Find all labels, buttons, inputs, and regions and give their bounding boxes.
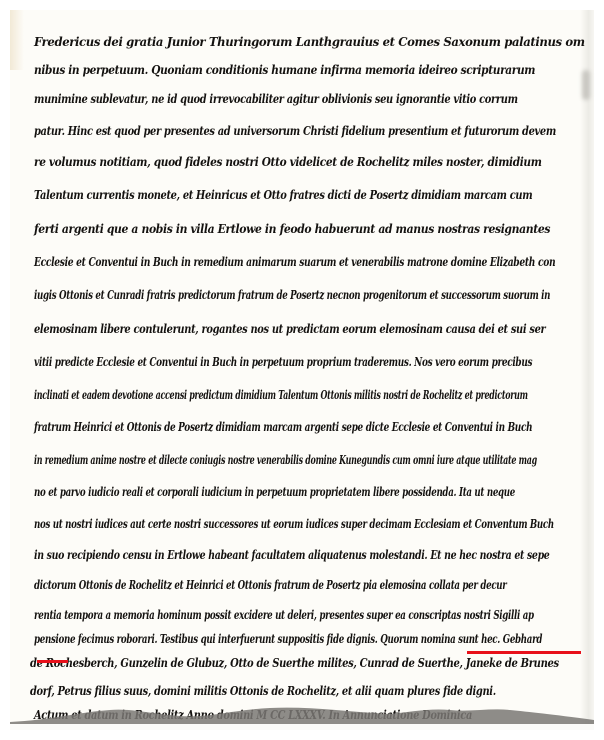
charter-line-10: elemosinam libere contulerunt, rogantes …	[34, 322, 545, 336]
paper-bottom-edge	[10, 700, 594, 730]
charter-line-21: de Rochesberch, Gunzelin de Glubuz, Otto…	[30, 656, 559, 670]
charter-line-19: rentia tempora a memoria hominum possit …	[34, 608, 534, 622]
red-underline-dorf	[37, 660, 68, 663]
charter-line-6: Talentum currentis monete, et Heinricus …	[34, 188, 532, 202]
charter-line-4: patur. Hinc est quod per presentes ad un…	[34, 124, 556, 138]
charter-line-2: nibus in perpetuum. Quoniam conditionis …	[34, 63, 535, 77]
charter-line-18: dictorum Ottonis de Rochelitz et Heinric…	[34, 578, 507, 592]
charter-line-7: ferti argenti que a nobis in villa Ertlo…	[34, 222, 550, 236]
paper-smudge	[582, 70, 590, 100]
charter-line-9: iugis Ottonis et Cunradi fratris predict…	[34, 288, 550, 302]
charter-line-17: in suo recipiendo censu in Ertlowe habea…	[34, 548, 549, 562]
paper-edge-tint	[10, 10, 24, 70]
paper-right-shadow	[580, 10, 594, 730]
charter-line-13: fratrum Heinrici et Ottonis de Posertz d…	[34, 420, 532, 434]
manuscript-page: Fredericus dei gratia Junior Thuringorum…	[10, 10, 594, 730]
charter-line-22: dorf, Petrus filius suus, domini militis…	[30, 684, 496, 698]
charter-line-14: in remedium anime nostre et dilecte coni…	[34, 453, 537, 467]
charter-line-12: inclinati et eadem devotione accensi pre…	[34, 388, 528, 402]
red-underline-janeke-de-brunes	[467, 651, 581, 654]
charter-line-15: no et parvo iudicio reali et corporali i…	[34, 485, 515, 499]
charter-line-1: Fredericus dei gratia Junior Thuringorum…	[34, 34, 585, 49]
charter-line-3: munimine sublevatur, ne id quod irrevoca…	[34, 92, 518, 106]
charter-line-11: vitii predicte Ecclesie et Conventui in …	[34, 355, 532, 369]
charter-line-5: re volumus notitiam, quod fideles nostri…	[34, 155, 542, 169]
charter-line-20: pensione fecimus roborari. Testibus qui …	[34, 632, 542, 646]
charter-line-8: Ecclesie et Conventui in Buch in remediu…	[34, 255, 555, 269]
charter-line-16: nos ut nostri iudices aut certe nostri s…	[34, 517, 554, 531]
